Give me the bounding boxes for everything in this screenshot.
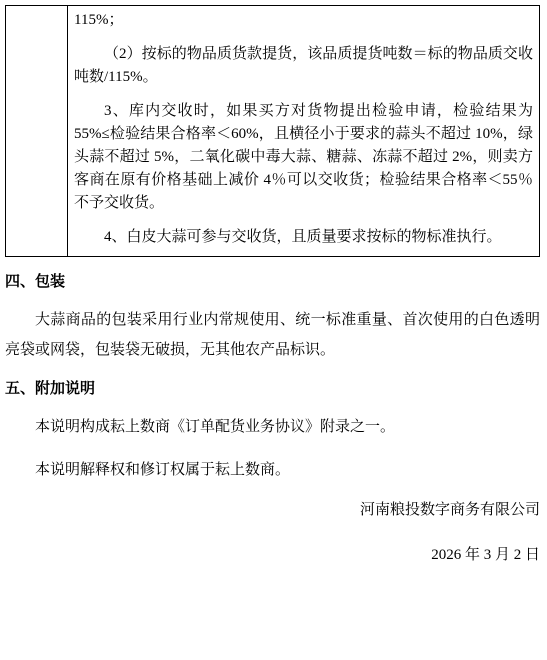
additional-notes-paragraph-1: 本说明构成耘上数商《订单配货业务协议》附录之一。 (5, 412, 540, 442)
table-paragraph-continuation: 115%； (74, 9, 533, 32)
table-paragraph-item-2: （2）按标的物品质货款提货，该品质提货吨数＝标的物品质交收吨数/115%。 (74, 43, 533, 89)
table-paragraph-item-4: 4、白皮大蒜可参与交收货，且质量要求按标的物标准执行。 (74, 226, 533, 249)
packaging-paragraph: 大蒜商品的包装采用行业内常规使用、统一标准重量、首次使用的白色透明亮袋或网袋，包… (5, 305, 540, 365)
section-heading-packaging: 四、包装 (5, 274, 540, 290)
signature-date: 2026 年 3 月 2 日 (5, 540, 540, 570)
table-paragraph-item-3: 3、库内交收时，如果买方对货物提出检验申请，检验结果为 55%≤检验结果合格率＜… (74, 100, 533, 215)
table-empty-cell (6, 6, 68, 257)
section-heading-additional-notes: 五、附加说明 (5, 381, 540, 397)
document-page: 115%； （2）按标的物品质货款提货，该品质提货吨数＝标的物品质交收吨数/11… (0, 0, 547, 660)
delivery-terms-table: 115%； （2）按标的物品质货款提货，该品质提货吨数＝标的物品质交收吨数/11… (5, 5, 540, 257)
table-row: 115%； （2）按标的物品质货款提货，该品质提货吨数＝标的物品质交收吨数/11… (6, 6, 540, 257)
table-content-cell: 115%； （2）按标的物品质货款提货，该品质提货吨数＝标的物品质交收吨数/11… (68, 6, 540, 257)
signature-company: 河南粮投数字商务有限公司 (5, 495, 540, 525)
additional-notes-paragraph-2: 本说明解释权和修订权属于耘上数商。 (5, 455, 540, 485)
